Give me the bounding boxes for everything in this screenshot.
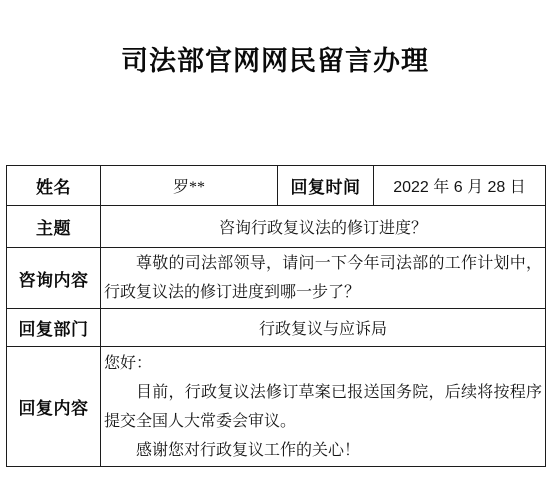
name-value: 罗**	[101, 166, 278, 206]
table-row-name: 姓名 罗** 回复时间 2022 年 6 月 28 日	[7, 166, 546, 206]
reply-time-label: 回复时间	[278, 166, 374, 206]
document-page: { "page": { "title": "司法部官网网民留言办理" }, "c…	[0, 0, 550, 502]
reply-record-table: 姓名 罗** 回复时间 2022 年 6 月 28 日 主题 咨询行政复议法的修…	[6, 165, 546, 467]
table-row-subject: 主题 咨询行政复议法的修订进度？	[7, 206, 546, 248]
reply-content: 您好： 目前，行政复议法修订草案已报送国务院，后续将按程序提交全国人大常委会审议…	[101, 347, 546, 467]
name-label: 姓名	[7, 166, 101, 206]
reply-department-label: 回复部门	[7, 309, 101, 347]
reply-paragraph-2: 感谢您对行政复议工作的关心！	[104, 436, 542, 465]
table-row-inquiry: 咨询内容 尊敬的司法部领导，请问一下今年司法部的工作计划中，行政复议法的修订进度…	[7, 248, 546, 309]
inquiry-label: 咨询内容	[7, 248, 101, 309]
page-title: 司法部官网网民留言办理	[0, 0, 550, 78]
reply-department-value: 行政复议与应诉局	[101, 309, 546, 347]
reply-greeting: 您好：	[104, 349, 542, 378]
table-row-reply: 回复内容 您好： 目前，行政复议法修订草案已报送国务院，后续将按程序提交全国人大…	[7, 347, 546, 467]
inquiry-content: 尊敬的司法部领导，请问一下今年司法部的工作计划中，行政复议法的修订进度到哪一步了…	[101, 248, 546, 309]
subject-value: 咨询行政复议法的修订进度？	[101, 206, 546, 248]
reply-time-value: 2022 年 6 月 28 日	[374, 166, 546, 206]
table-row-department: 回复部门 行政复议与应诉局	[7, 309, 546, 347]
reply-paragraph-1: 目前，行政复议法修订草案已报送国务院，后续将按程序提交全国人大常委会审议。	[104, 378, 542, 436]
reply-content-label: 回复内容	[7, 347, 101, 467]
subject-label: 主题	[7, 206, 101, 248]
inquiry-text: 尊敬的司法部领导，请问一下今年司法部的工作计划中，行政复议法的修订进度到哪一步了…	[104, 249, 542, 307]
